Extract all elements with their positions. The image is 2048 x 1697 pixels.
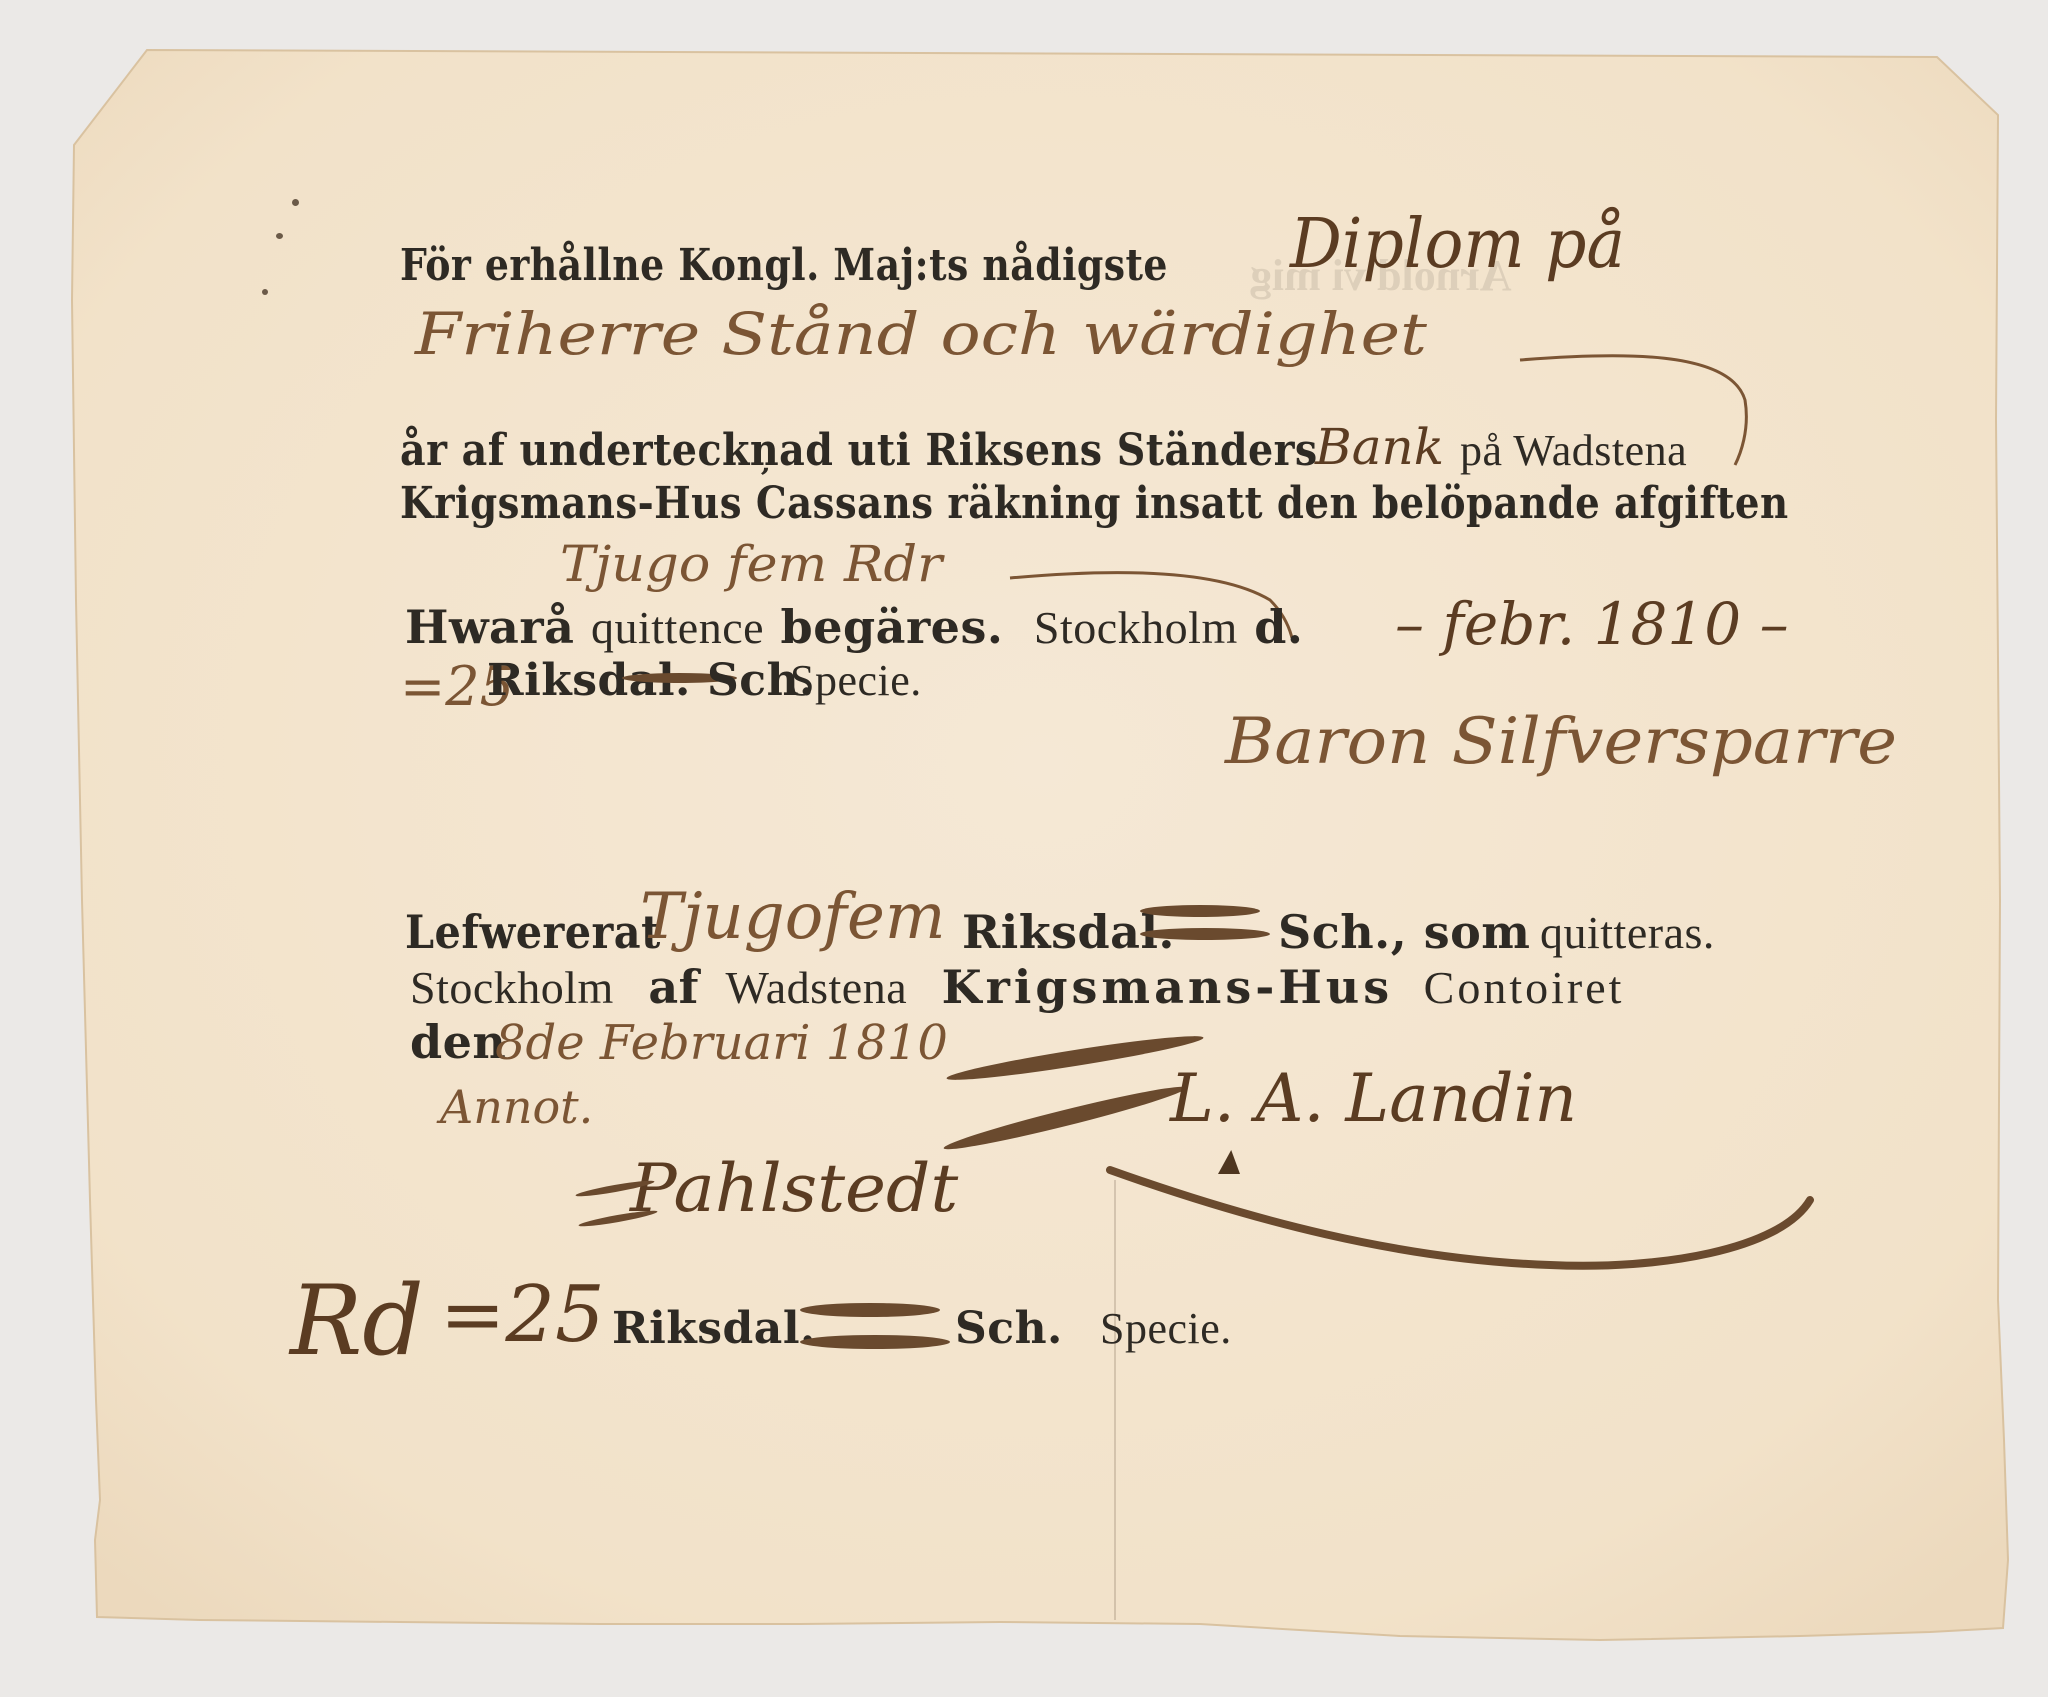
printed-begares: begäres. [781, 600, 1004, 654]
printed-af: af [648, 960, 699, 1014]
printed-specie-bottom: Specie. [1100, 1303, 1232, 1354]
ink-dash [1140, 928, 1270, 940]
ink-speck [292, 199, 299, 206]
printed-stockholm: Stockholm [1034, 602, 1238, 653]
ink-speck [276, 233, 283, 239]
printed-stockholm-2: Stockholm [410, 962, 614, 1013]
ink-dash [800, 1303, 940, 1317]
printed-riksdal-bottom: Riksdal. [612, 1303, 816, 1354]
printed-contoiret: Contoiret [1424, 962, 1625, 1013]
printed-specie-top: Specie. [790, 655, 922, 706]
signature-silfversparre: Baron Silfversparre [1225, 705, 1897, 779]
printed-line-8: Stockholm af Wadstena Krigsmans-Hus Cont… [410, 960, 1624, 1014]
printed-line-4: Krigsmans-Hus Cassans räkning insatt den… [400, 478, 1789, 529]
printed-specie-bottom-text: Specie. [1100, 1304, 1232, 1353]
ink-dash [1140, 905, 1260, 917]
printed-specie-top-text: Specie. [790, 656, 922, 705]
printed-sch-som: Sch., som [1278, 905, 1530, 959]
printed-line-5: Hwarå quittence begäres. Stockholm d. [405, 600, 1303, 654]
printed-hwara: Hwarå [405, 600, 574, 654]
printed-quittence: quittence [591, 602, 764, 653]
printed-line-3b-text: på Wadstena [1460, 426, 1687, 475]
ink-dash [800, 1335, 950, 1349]
handwritten-annotation: Annot. [440, 1080, 593, 1134]
printed-lefwererat: Lefwererat [405, 905, 661, 959]
printed-quitteras: quitteras. [1540, 905, 1715, 959]
ink-speck [262, 289, 268, 295]
printed-line-1: För erhållne Kongl. Maj:ts nådigste [400, 240, 1168, 291]
signature-landin-flourish [1100, 1140, 1820, 1280]
handwritten-amount-bottom: =25 [440, 1270, 605, 1360]
printed-krigsmans-hus: Krigsmans-Hus [942, 960, 1393, 1014]
signature-landin: L. A. Landin [1170, 1060, 1577, 1137]
handwritten-date-top: – febr. 1810 – [1395, 590, 1789, 658]
printed-quitteras-text: quitteras. [1540, 907, 1715, 958]
signature-pahlstedt: Pahlstedt [630, 1150, 958, 1227]
paper-sheet: Arnold vi mig För erhållne Kongl. Maj:ts… [0, 0, 2048, 1697]
handwritten-date-bottom: 8de Februari 1810 [495, 1015, 948, 1071]
handwritten-amount-words-2: Tjugofem [640, 880, 946, 954]
printed-line-3b: på Wadstena [1460, 425, 1687, 476]
printed-d: d. [1254, 600, 1303, 654]
handwritten-rank: Friherre Stånd och wärdighet [415, 300, 1427, 368]
handwritten-bank: Bank [1315, 418, 1444, 476]
printed-sch-bottom: Sch. [955, 1303, 1063, 1354]
printed-den: den [410, 1015, 506, 1069]
handwritten-rd-prefix: Rd [290, 1265, 424, 1377]
handwritten-amount-words: Tjugo fem Rdr [560, 535, 942, 593]
printed-line-3a: år af underteckņad uti Riksens Ständers [400, 425, 1318, 476]
handwritten-diploma: Diplom på [1290, 205, 1625, 284]
printed-wadstena: Wadstena [725, 962, 907, 1013]
